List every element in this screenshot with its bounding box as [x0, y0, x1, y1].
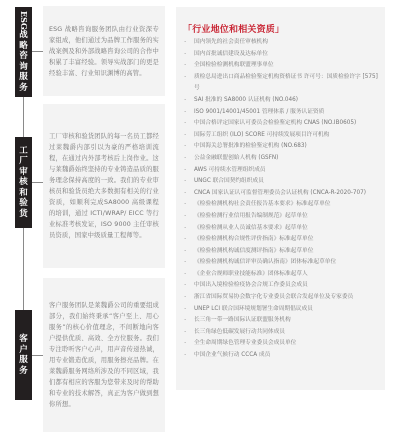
- list-item: 《企业合规师职业技能标准》团体标准起草人: [183, 269, 379, 281]
- list-item: 国内首批诚信建设及达标单位: [183, 49, 379, 61]
- list-item: 《检验检测机构社会责任报告基本要求》标准起草单位: [183, 199, 379, 211]
- qualifications-panel: 「行业地位和相关资质」 国内领先的社会责任审核机构 国内首批诚信建设及达标单位 …: [176, 7, 385, 390]
- list-item: SAI 批准的 SA8000 认证机构 (NO.046): [183, 95, 379, 107]
- list-item: 《检验检测机构诚信评审员确认指南》团体标准起草单位: [183, 257, 379, 269]
- list-item: 《检验检测机构诚信度测评指南》标准起草单位: [183, 246, 379, 258]
- label-connector: [32, 51, 43, 52]
- list-item: CNCA 国家认证认可监督管理委员会认证机构 (CNCA-R-2020-707): [183, 188, 379, 200]
- list-item: UNGC 联合国契约组织成员: [183, 176, 379, 188]
- list-item: 长三角绿色低碳发展行动共同体成员: [183, 327, 379, 339]
- list-item: AWS 可持续水管理组织成员: [183, 165, 379, 177]
- list-item: 公益金融联盟创始人机构 (GSFN): [183, 153, 379, 165]
- section-description-factory-audit: 工厂审核和验货团队的每一名员工都经过莱魏爵内部引以为豪的严格培训流程，在通过内外…: [43, 104, 165, 268]
- list-item: 中国合格评定国家认可委员会检验鉴定机构 CNAS (NO.IB0605): [183, 118, 379, 130]
- section-label-esg-consulting: ESG 战 略 咨 询 服 务: [15, 7, 32, 97]
- list-item: 国际劳工组织 (ILO) SCORE 可持续发展项目许可机构: [183, 130, 379, 142]
- list-item: 全国检验检测机构联盟理事单位: [183, 60, 379, 72]
- list-item: 《检验检测行业信用报告编制规范》起草单位: [183, 211, 379, 223]
- list-item: 《检验检测从业人员诚信基本要求》起草单位: [183, 223, 379, 235]
- list-item: 质检总局进出口商品检验鉴定机构资格证书 许可号：国质检验许字 [575] 号: [183, 72, 379, 95]
- description-text: 工厂审核和验货团队的每一名员工都经过莱魏爵内部引以为豪的严格培训流程，在通过内外…: [49, 131, 159, 241]
- label-connector: [32, 355, 43, 356]
- section-label-customer-service: 客 户 服 务: [15, 310, 32, 400]
- list-item: 中国出入境检验检疫协会合规工作委员会成员: [183, 280, 379, 292]
- section-label-factory-audit: 工 厂 审 核 和 验 货: [15, 137, 32, 228]
- section-description-customer-service: 客户服务团队是莱魏爵公司的重要组成部分，我们始终秉承“客户至上、用心服务”的核心…: [43, 278, 165, 432]
- list-item: 中国海关总署批准的检验鉴定机构 (NO.683): [183, 141, 379, 153]
- list-item: 浙江省国际贸易协会数字化专业委员会联合发起单位及专家委员: [183, 292, 379, 304]
- label-connector: [32, 182, 43, 183]
- description-text: ESG 战略咨询服务团队由行业资深专家组成，他们通过为品牌工作服务的实战案例及和…: [49, 24, 159, 79]
- list-item: 全生命周期绿色管理专业委员会成员单位: [183, 338, 379, 350]
- section-description-esg-consulting: ESG 战略咨询服务团队由行业资深专家组成，他们通过为品牌工作服务的实战案例及和…: [43, 6, 165, 96]
- list-item: 中国企业气候行动 CCCA 成员: [183, 350, 379, 362]
- qualifications-list: 国内领先的社会责任审核机构 国内首批诚信建设及达标单位 全国检验检测机构联盟理事…: [183, 37, 379, 362]
- timeline-connector-line: [23, 228, 24, 310]
- list-item: 国内领先的社会责任审核机构: [183, 37, 379, 49]
- list-item: 长三角一带一路国际认证联盟服务机构: [183, 315, 379, 327]
- list-item: ISO 9001/14001/45001 管理体系 / 服务认证资质: [183, 107, 379, 119]
- list-item: UNEP LCI 联合国环境规划署生命周期倡议成员: [183, 304, 379, 316]
- label-rotated-text: ESG: [19, 11, 28, 30]
- qualifications-title: 「行业地位和相关资质」: [183, 22, 379, 35]
- description-text: 客户服务团队是莱魏爵公司的重要组成部分，我们始终秉承“客户至上、用心服务”的核心…: [49, 300, 159, 410]
- list-item: 《检验检测机构合规性评价指南》标准起草单位: [183, 234, 379, 246]
